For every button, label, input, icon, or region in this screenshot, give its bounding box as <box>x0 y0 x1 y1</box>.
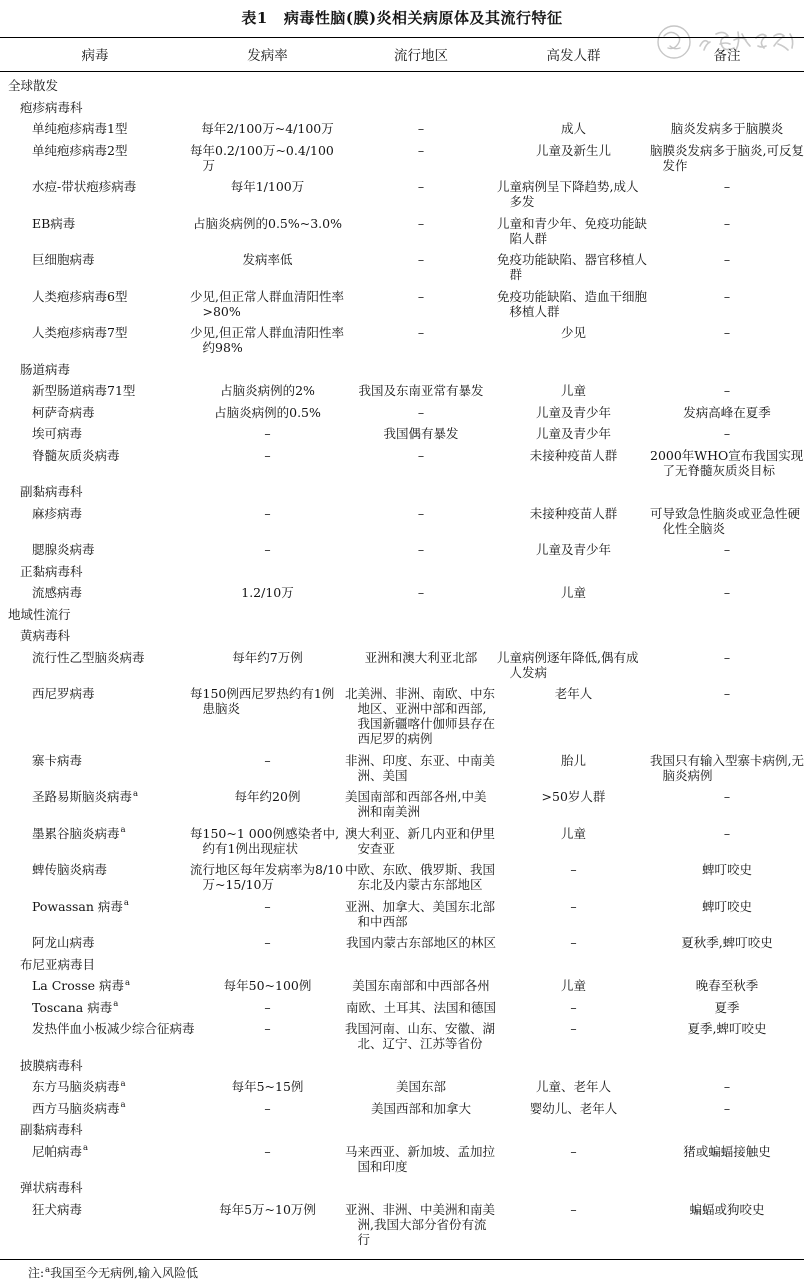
virus-name-cell: 寨卡病毒 <box>0 753 190 783</box>
table-row: 尼帕病毒a – 马来西亚、新加坡、孟加拉国和印度 – 猪或蝙蝠接触史 <box>0 1144 804 1174</box>
note-cell: – <box>650 179 804 209</box>
incidence-value: 每年2/100万~4/100万 <box>201 121 334 136</box>
column-header-population: 高发人群 <box>497 44 650 64</box>
population-cell: – <box>497 1021 650 1051</box>
incidence-cell: 每150例西尼罗热约有1例患脑炎 <box>190 686 345 746</box>
table-row: 柯萨奇病毒 占脑炎病例的0.5% – 儿童及青少年 发病高峰在夏季 <box>0 405 804 420</box>
region-cell: 北美洲、非洲、南欧、中东地区、亚洲中部和西部,我国新疆喀什伽师县存在西尼罗的病例 <box>345 686 497 746</box>
note-cell: – <box>650 252 804 282</box>
no-case-footnote-marker: a <box>121 825 126 835</box>
incidence-value: – <box>264 426 270 441</box>
region-value: 马来西亚、新加坡、孟加拉国和印度 <box>345 1144 497 1174</box>
region-cell: 澳大利亚、新几内亚和伊里安查亚 <box>345 826 497 856</box>
column-header-note: 备注 <box>650 44 804 64</box>
table-row: 巨细胞病毒 发病率低 – 免疫功能缺陷、器官移植人群 – <box>0 252 804 282</box>
region-value: 南欧、土耳其、法国和德国 <box>346 1000 496 1015</box>
region-value: 亚洲和澳大利亚北部 <box>365 650 478 665</box>
incidence-value: – <box>264 542 270 557</box>
note-value: – <box>724 585 730 600</box>
population-value: 胎儿 <box>561 753 586 768</box>
note-value: 脑膜炎发病多于脑炎,可反复发作 <box>650 143 804 173</box>
virus-name-cell: 狂犬病毒 <box>0 1202 190 1247</box>
incidence-value: 发病率低 <box>242 252 292 267</box>
region-cell: 非洲、印度、东亚、中南美洲、美国 <box>345 753 497 783</box>
note-value: – <box>724 686 730 701</box>
virus-name-cell: 发热伴血小板减少综合征病毒 <box>0 1021 190 1051</box>
virus-name: 尼帕病毒 <box>32 1144 82 1159</box>
journal-table-page: 表1病毒性脑(膜)炎相关病原体及其流行特征 病毒 发病率 流行地区 高发人群 备… <box>0 0 804 1285</box>
region-cell: 马来西亚、新加坡、孟加拉国和印度 <box>345 1144 497 1174</box>
population-cell: 儿童和青少年、免疫功能缺陷人群 <box>497 216 650 246</box>
virus-name-cell: 人类疱疹病毒6型 <box>0 289 190 319</box>
region-value: – <box>418 325 424 340</box>
region-value: 我国内蒙古东部地区的林区 <box>346 935 496 950</box>
note-cell: – <box>650 383 804 398</box>
region-cell: 美国东南部和中西部各州 <box>345 978 497 993</box>
incidence-value: 占脑炎病例的2% <box>220 383 315 398</box>
note-value: 蝙蝠或狗咬史 <box>689 1202 764 1217</box>
population-cell: 儿童及青少年 <box>497 426 650 441</box>
incidence-value: – <box>264 1144 270 1159</box>
region-cell: 中欧、东欧、俄罗斯、我国东北及内蒙古东部地区 <box>345 862 497 892</box>
region-cell: – <box>345 585 497 600</box>
population-value: 少见 <box>561 325 586 340</box>
note-cell: 发病高峰在夏季 <box>650 405 804 420</box>
table-caption-label: 表1 <box>241 9 267 27</box>
incidence-cell: – <box>190 899 345 929</box>
virus-name-cell: 巨细胞病毒 <box>0 252 190 282</box>
virus-name: 圣路易斯脑炎病毒 <box>32 789 132 804</box>
virus-name-cell: 人类疱疹病毒7型 <box>0 325 190 355</box>
incidence-value: 每年5万~10万例 <box>219 1202 316 1217</box>
region-value: 亚洲、加拿大、美国东北部和中西部 <box>345 899 497 929</box>
region-value: – <box>418 506 424 521</box>
population-value: 儿童 <box>561 978 586 993</box>
population-cell: – <box>497 1202 650 1247</box>
incidence-value: 每年1/100万 <box>231 179 305 194</box>
population-value: 儿童 <box>561 383 586 398</box>
incidence-cell: – <box>190 506 345 536</box>
virus-name: 柯萨奇病毒 <box>32 405 95 420</box>
region-value: 美国南部和西部各州,中美洲和南美洲 <box>345 789 497 819</box>
note-value: 夏季 <box>714 1000 739 1015</box>
virus-name-cell: 脊髓灰质炎病毒 <box>0 448 190 478</box>
table-row: 西尼罗病毒 每150例西尼罗热约有1例患脑炎 北美洲、非洲、南欧、中东地区、亚洲… <box>0 686 804 746</box>
no-case-footnote-marker: a <box>83 1143 88 1153</box>
region-cell: 南欧、土耳其、法国和德国 <box>345 1000 497 1015</box>
table-row: 单纯疱疹病毒2型 每年0.2/100万~0.4/100万 – 儿童及新生儿 脑膜… <box>0 143 804 173</box>
region-value: – <box>418 448 424 463</box>
virus-name: 流感病毒 <box>32 585 82 600</box>
virus-name-cell: 蜱传脑炎病毒 <box>0 862 190 892</box>
region-value: 美国东部 <box>396 1079 446 1094</box>
no-case-footnote-marker: a <box>121 1100 126 1110</box>
section-group-row: 地域性流行 <box>0 607 804 622</box>
virus-family-row: 布尼亚病毒目 <box>0 957 804 972</box>
incidence-value: – <box>264 1000 270 1015</box>
region-value: 美国西部和加拿大 <box>371 1101 471 1116</box>
population-value: – <box>570 862 576 877</box>
incidence-cell: 发病率低 <box>190 252 345 282</box>
table-caption: 表1病毒性脑(膜)炎相关病原体及其流行特征 <box>0 0 804 28</box>
virus-name-cell: EB病毒 <box>0 216 190 246</box>
population-cell: 儿童 <box>497 826 650 856</box>
population-cell: 婴幼儿、老年人 <box>497 1101 650 1116</box>
population-value: >50岁人群 <box>542 789 606 804</box>
note-value: – <box>724 216 730 231</box>
region-cell: 我国及东南亚常有暴发 <box>345 383 497 398</box>
region-cell: 我国偶有暴发 <box>345 426 497 441</box>
virus-family-row: 肠道病毒 <box>0 362 804 377</box>
column-header-virus: 病毒 <box>0 44 190 64</box>
virus-name-cell: 单纯疱疹病毒2型 <box>0 143 190 173</box>
table-row: Powassan 病毒a – 亚洲、加拿大、美国东北部和中西部 – 蜱叮咬史 <box>0 899 804 929</box>
note-value: – <box>724 542 730 557</box>
table-row: 单纯疱疹病毒1型 每年2/100万~4/100万 – 成人 脑炎发病多于脑膜炎 <box>0 121 804 136</box>
region-value: – <box>418 542 424 557</box>
population-cell: – <box>497 1144 650 1174</box>
virus-name: 人类疱疹病毒6型 <box>32 289 127 304</box>
population-value: – <box>570 1000 576 1015</box>
virus-name: 新型肠道病毒71型 <box>32 383 135 398</box>
table-row: 人类疱疹病毒7型 少见,但正常人群血清阳性率约98% – 少见 – <box>0 325 804 355</box>
note-value: – <box>724 252 730 267</box>
virus-name-cell: 新型肠道病毒71型 <box>0 383 190 398</box>
note-cell: – <box>650 325 804 355</box>
incidence-cell: 占脑炎病例的2% <box>190 383 345 398</box>
note-value: – <box>724 1079 730 1094</box>
region-cell: – <box>345 448 497 478</box>
incidence-value: 每年约7万例 <box>232 650 302 665</box>
virus-name-cell: 埃可病毒 <box>0 426 190 441</box>
note-cell: – <box>650 1101 804 1116</box>
virus-name: 麻疹病毒 <box>32 506 82 521</box>
virus-name: Powassan 病毒 <box>32 899 123 914</box>
note-value: 脑炎发病多于脑膜炎 <box>671 121 784 136</box>
note-value: – <box>724 383 730 398</box>
population-cell: 儿童及青少年 <box>497 405 650 420</box>
column-header-region: 流行地区 <box>345 44 497 64</box>
table-row: 蜱传脑炎病毒 流行地区每年发病率为8/10万~15/10万 中欧、东欧、俄罗斯、… <box>0 862 804 892</box>
region-cell: 美国东部 <box>345 1079 497 1094</box>
virus-name: 人类疱疹病毒7型 <box>32 325 127 340</box>
table-row: 西方马脑炎病毒a – 美国西部和加拿大 婴幼儿、老年人 – <box>0 1101 804 1116</box>
virus-name-cell: 圣路易斯脑炎病毒a <box>0 789 190 819</box>
population-value: – <box>570 1202 576 1217</box>
population-value: 儿童及青少年 <box>536 542 611 557</box>
virus-name: 阿龙山病毒 <box>32 935 95 950</box>
table-row: 新型肠道病毒71型 占脑炎病例的2% 我国及东南亚常有暴发 儿童 – <box>0 383 804 398</box>
population-cell: – <box>497 899 650 929</box>
incidence-cell: – <box>190 426 345 441</box>
population-value: 免疫功能缺陷、造血干细胞移植人群 <box>497 289 650 319</box>
region-value: – <box>418 179 424 194</box>
virus-name-cell: 阿龙山病毒 <box>0 935 190 950</box>
region-value: – <box>418 216 424 231</box>
virus-name: 发热伴血小板减少综合征病毒 <box>32 1021 195 1036</box>
population-cell: 儿童病例逐年降低,偶有成人发病 <box>497 650 650 680</box>
region-value: – <box>418 405 424 420</box>
incidence-value: 每年0.2/100万~0.4/100万 <box>190 143 345 173</box>
note-value: – <box>724 650 730 665</box>
population-cell: 未接种疫苗人群 <box>497 506 650 536</box>
population-value: 未接种疫苗人群 <box>530 506 618 521</box>
note-cell: 夏季 <box>650 1000 804 1015</box>
virus-family-row: 披膜病毒科 <box>0 1058 804 1073</box>
note-cell: – <box>650 585 804 600</box>
note-cell: – <box>650 650 804 680</box>
incidence-value: – <box>264 935 270 950</box>
table-row: 圣路易斯脑炎病毒a 每年约20例 美国南部和西部各州,中美洲和南美洲 >50岁人… <box>0 789 804 819</box>
region-cell: – <box>345 143 497 173</box>
population-value: 儿童病例逐年降低,偶有成人发病 <box>497 650 650 680</box>
incidence-cell: 每年1/100万 <box>190 179 345 209</box>
virus-name-cell: 腮腺炎病毒 <box>0 542 190 557</box>
region-cell: 亚洲和澳大利亚北部 <box>345 650 497 680</box>
note-value: 猪或蝙蝠接触史 <box>683 1144 771 1159</box>
incidence-cell: 占脑炎病例的0.5% <box>190 405 345 420</box>
note-value: 可导致急性脑炎或亚急性硬化性全脑炎 <box>650 506 804 536</box>
region-cell: – <box>345 252 497 282</box>
note-value: – <box>724 1101 730 1116</box>
virus-family-row: 副黏病毒科 <box>0 1122 804 1137</box>
region-cell: – <box>345 216 497 246</box>
region-value: 我国河南、山东、安徽、湖北、辽宁、江苏等省份 <box>345 1021 497 1051</box>
virus-name: 狂犬病毒 <box>32 1202 82 1217</box>
population-cell: – <box>497 1000 650 1015</box>
region-cell: – <box>345 542 497 557</box>
table-row: 寨卡病毒 – 非洲、印度、东亚、中南美洲、美国 胎儿 我国只有输入型寨卡病例,无… <box>0 753 804 783</box>
region-value: – <box>418 121 424 136</box>
table-row: 流感病毒 1.2/10万 – 儿童 – <box>0 585 804 600</box>
no-case-footnote-marker: a <box>113 999 118 1009</box>
population-value: 婴幼儿、老年人 <box>530 1101 618 1116</box>
region-value: 北美洲、非洲、南欧、中东地区、亚洲中部和西部,我国新疆喀什伽师县存在西尼罗的病例 <box>345 686 497 746</box>
incidence-value: – <box>264 506 270 521</box>
virus-name-cell: Toscana 病毒a <box>0 1000 190 1015</box>
note-cell: – <box>650 1079 804 1094</box>
note-cell: – <box>650 542 804 557</box>
incidence-cell: – <box>190 1144 345 1174</box>
region-value: 美国东南部和中西部各州 <box>352 978 490 993</box>
incidence-cell: 流行地区每年发病率为8/10万~15/10万 <box>190 862 345 892</box>
table-row: EB病毒 占脑炎病例的0.5%~3.0% – 儿童和青少年、免疫功能缺陷人群 – <box>0 216 804 246</box>
virus-name: 单纯疱疹病毒1型 <box>32 121 127 136</box>
region-value: 中欧、东欧、俄罗斯、我国东北及内蒙古东部地区 <box>345 862 497 892</box>
region-value: 我国偶有暴发 <box>383 426 458 441</box>
note-value: – <box>724 789 730 804</box>
virus-name: 单纯疱疹病毒2型 <box>32 143 127 158</box>
population-cell: 儿童及新生儿 <box>497 143 650 173</box>
note-cell: – <box>650 216 804 246</box>
incidence-cell: 少见,但正常人群血清阳性率约98% <box>190 325 345 355</box>
population-cell: 老年人 <box>497 686 650 746</box>
population-cell: 儿童、老年人 <box>497 1079 650 1094</box>
virus-name: 寨卡病毒 <box>32 753 82 768</box>
population-cell: 儿童 <box>497 585 650 600</box>
note-cell: – <box>650 826 804 856</box>
note-cell: – <box>650 789 804 819</box>
table-row: 东方马脑炎病毒a 每年5~15例 美国东部 儿童、老年人 – <box>0 1079 804 1094</box>
note-value: 2000年WHO宣布我国实现了无脊髓灰质炎目标 <box>650 448 804 478</box>
incidence-value: – <box>264 1021 270 1036</box>
table-row: 人类疱疹病毒6型 少见,但正常人群血清阳性率>80% – 免疫功能缺陷、造血干细… <box>0 289 804 319</box>
population-value: – <box>570 935 576 950</box>
section-group-row: 全球散发 <box>0 78 804 93</box>
population-cell: 胎儿 <box>497 753 650 783</box>
incidence-cell: – <box>190 935 345 950</box>
note-value: – <box>724 289 730 304</box>
incidence-cell: – <box>190 753 345 783</box>
incidence-value: – <box>264 1101 270 1116</box>
no-case-footnote-marker: a <box>121 1079 126 1089</box>
region-value: – <box>418 143 424 158</box>
table-row: 墨累谷脑炎病毒a 每150~1 000例感染者中,约有1例出现症状 澳大利亚、新… <box>0 826 804 856</box>
incidence-cell: – <box>190 542 345 557</box>
note-value: 蜱叮咬史 <box>702 899 752 914</box>
table-body: 全球散发疱疹病毒科 单纯疱疹病毒1型 每年2/100万~4/100万 – 成人 … <box>0 72 804 1274</box>
note-cell: 可导致急性脑炎或亚急性硬化性全脑炎 <box>650 506 804 536</box>
table-row: Toscana 病毒a – 南欧、土耳其、法国和德国 – 夏季 <box>0 1000 804 1015</box>
note-cell: 晚春至秋季 <box>650 978 804 993</box>
incidence-value: 占脑炎病例的0.5% <box>214 405 321 420</box>
population-cell: 儿童及青少年 <box>497 542 650 557</box>
region-cell: – <box>345 289 497 319</box>
population-value: 儿童病例呈下降趋势,成人多发 <box>497 179 650 209</box>
region-cell: 美国南部和西部各州,中美洲和南美洲 <box>345 789 497 819</box>
population-cell: – <box>497 935 650 950</box>
note-value: 夏季,蜱叮咬史 <box>688 1021 767 1036</box>
note-cell: 我国只有输入型寨卡病例,无脑炎病例 <box>650 753 804 783</box>
incidence-cell: 每年2/100万~4/100万 <box>190 121 345 136</box>
virus-name-cell: Powassan 病毒a <box>0 899 190 929</box>
region-value: 亚洲、非洲、中美洲和南美洲,我国大部分省份有流行 <box>345 1202 497 1247</box>
incidence-cell: 每年5~15例 <box>190 1079 345 1094</box>
virus-name: 脊髓灰质炎病毒 <box>32 448 120 463</box>
table-row: 麻疹病毒 – – 未接种疫苗人群 可导致急性脑炎或亚急性硬化性全脑炎 <box>0 506 804 536</box>
note-cell: 夏季,蜱叮咬史 <box>650 1021 804 1051</box>
note-cell: 2000年WHO宣布我国实现了无脊髓灰质炎目标 <box>650 448 804 478</box>
virus-family-row: 黄病毒科 <box>0 628 804 643</box>
region-cell: 美国西部和加拿大 <box>345 1101 497 1116</box>
virus-name: 水痘-带状疱疹病毒 <box>32 179 136 194</box>
note-cell: 猪或蝙蝠接触史 <box>650 1144 804 1174</box>
region-cell: 我国河南、山东、安徽、湖北、辽宁、江苏等省份 <box>345 1021 497 1051</box>
virus-name: 东方马脑炎病毒 <box>32 1079 120 1094</box>
note-cell: 蝙蝠或狗咬史 <box>650 1202 804 1247</box>
incidence-cell: 占脑炎病例的0.5%~3.0% <box>190 216 345 246</box>
table-header-row: 病毒 发病率 流行地区 高发人群 备注 <box>0 37 804 72</box>
population-cell: 免疫功能缺陷、器官移植人群 <box>497 252 650 282</box>
table-row: 狂犬病毒 每年5万~10万例 亚洲、非洲、中美洲和南美洲,我国大部分省份有流行 … <box>0 1202 804 1247</box>
virus-name-cell: 柯萨奇病毒 <box>0 405 190 420</box>
note-cell: – <box>650 289 804 319</box>
incidence-cell: – <box>190 1101 345 1116</box>
note-value: – <box>724 179 730 194</box>
population-value: 未接种疫苗人群 <box>530 448 618 463</box>
region-cell: – <box>345 405 497 420</box>
virus-name: EB病毒 <box>32 216 75 231</box>
population-cell: 儿童 <box>497 978 650 993</box>
table-row: 流行性乙型脑炎病毒 每年约7万例 亚洲和澳大利亚北部 儿童病例逐年降低,偶有成人… <box>0 650 804 680</box>
population-cell: – <box>497 862 650 892</box>
region-value: 澳大利亚、新几内亚和伊里安查亚 <box>345 826 497 856</box>
no-case-footnote-marker: a <box>125 978 130 988</box>
population-value: 儿童及青少年 <box>536 405 611 420</box>
incidence-value: 少见,但正常人群血清阳性率约98% <box>190 325 345 355</box>
virus-name: Toscana 病毒 <box>32 1000 112 1015</box>
region-value: – <box>418 289 424 304</box>
population-value: 儿童及青少年 <box>536 426 611 441</box>
virus-name-cell: 尼帕病毒a <box>0 1144 190 1174</box>
note-cell: 脑炎发病多于脑膜炎 <box>650 121 804 136</box>
virus-family-row: 正黏病毒科 <box>0 564 804 579</box>
note-cell: 夏秋季,蜱叮咬史 <box>650 935 804 950</box>
virus-name-cell: 西方马脑炎病毒a <box>0 1101 190 1116</box>
virus-name-cell: 墨累谷脑炎病毒a <box>0 826 190 856</box>
virus-name-cell: La Crosse 病毒a <box>0 978 190 993</box>
note-cell: 脑膜炎发病多于脑炎,可反复发作 <box>650 143 804 173</box>
region-value: 我国及东南亚常有暴发 <box>358 383 483 398</box>
incidence-cell: – <box>190 1021 345 1051</box>
virus-name-cell: 单纯疱疹病毒1型 <box>0 121 190 136</box>
incidence-value: 每年约20例 <box>235 789 301 804</box>
virus-name-cell: 西尼罗病毒 <box>0 686 190 746</box>
population-value: – <box>570 1021 576 1036</box>
incidence-value: 每150~1 000例感染者中,约有1例出现症状 <box>190 826 345 856</box>
no-case-footnote-marker: a <box>124 898 129 908</box>
table-row: 埃可病毒 – 我国偶有暴发 儿童及青少年 – <box>0 426 804 441</box>
virus-name-cell: 流行性乙型脑炎病毒 <box>0 650 190 680</box>
virus-name-cell: 流感病毒 <box>0 585 190 600</box>
note-cell: 蜱叮咬史 <box>650 899 804 929</box>
virus-name: 流行性乙型脑炎病毒 <box>32 650 145 665</box>
population-cell: 成人 <box>497 121 650 136</box>
population-value: 儿童 <box>561 585 586 600</box>
table-row: 发热伴血小板减少综合征病毒 – 我国河南、山东、安徽、湖北、辽宁、江苏等省份 –… <box>0 1021 804 1051</box>
no-case-footnote-marker: a <box>133 789 138 799</box>
incidence-cell: 每年约20例 <box>190 789 345 819</box>
note-value: – <box>724 426 730 441</box>
incidence-cell: 每年约7万例 <box>190 650 345 680</box>
note-value: 蜱叮咬史 <box>702 862 752 877</box>
region-cell: 亚洲、加拿大、美国东北部和中西部 <box>345 899 497 929</box>
incidence-value: 流行地区每年发病率为8/10万~15/10万 <box>190 862 345 892</box>
virus-family-row: 弹状病毒科 <box>0 1180 804 1195</box>
footnote-text: 我国至今无病例,输入风险低 <box>50 1266 198 1280</box>
incidence-value: 少见,但正常人群血清阳性率>80% <box>190 289 345 319</box>
region-value: – <box>418 585 424 600</box>
note-cell: – <box>650 426 804 441</box>
table-caption-text: 病毒性脑(膜)炎相关病原体及其流行特征 <box>284 9 563 27</box>
note-value: – <box>724 826 730 841</box>
note-cell: – <box>650 686 804 746</box>
population-cell: 未接种疫苗人群 <box>497 448 650 478</box>
population-cell: 儿童病例呈下降趋势,成人多发 <box>497 179 650 209</box>
virus-name: La Crosse 病毒 <box>32 978 124 993</box>
virus-name-cell: 麻疹病毒 <box>0 506 190 536</box>
population-value: 免疫功能缺陷、器官移植人群 <box>497 252 650 282</box>
population-value: 成人 <box>561 121 586 136</box>
table-row: 脊髓灰质炎病毒 – – 未接种疫苗人群 2000年WHO宣布我国实现了无脊髓灰质… <box>0 448 804 478</box>
table-row: 腮腺炎病毒 – – 儿童及青少年 – <box>0 542 804 557</box>
note-value: 我国只有输入型寨卡病例,无脑炎病例 <box>650 753 804 783</box>
region-cell: – <box>345 121 497 136</box>
incidence-cell: 1.2/10万 <box>190 585 345 600</box>
virus-family-row: 副黏病毒科 <box>0 484 804 499</box>
incidence-value: – <box>264 753 270 768</box>
population-cell: 儿童 <box>497 383 650 398</box>
